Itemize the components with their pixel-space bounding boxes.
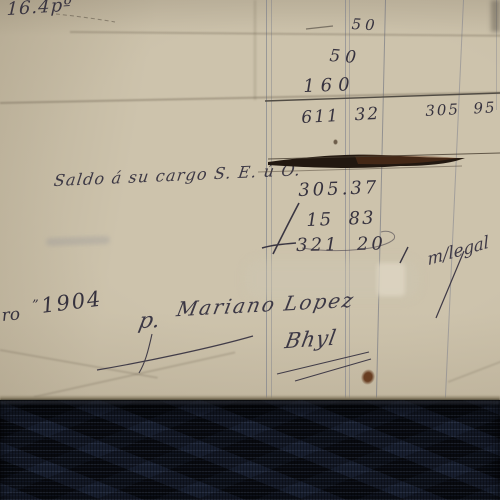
- partial-figure-left: 817: [231, 0, 272, 4]
- fabric-background: [0, 400, 500, 500]
- date-fragment: ro: [1, 306, 21, 325]
- ledger-paper: [0, 0, 500, 400]
- corner-shadow: [491, 0, 500, 32]
- amount-total: 611 32: [301, 106, 381, 127]
- amount-addition: 15 83: [306, 210, 376, 230]
- fabric-top-sheen: [0, 401, 500, 404]
- signature-rubric: Bhyl: [283, 327, 338, 352]
- amount-deduction: 305 95: [425, 100, 497, 119]
- column-rule-1b: [271, 0, 272, 401]
- quote-mark: ”: [32, 299, 39, 312]
- document-photograph: 16.4pº 817 270 50 50 160 611 32 305 95 3…: [0, 0, 500, 500]
- fold-crease-vertical: [254, 0, 256, 100]
- amount-fifty-1: 50: [351, 17, 379, 33]
- amount-final-total: 321 20: [296, 235, 386, 255]
- amount-fifty-2: 50: [329, 48, 362, 67]
- partial-figure-right: 270: [334, 0, 393, 3]
- glare-patch: [377, 263, 405, 296]
- column-rule-1: [266, 0, 267, 401]
- amount-saldo: 305.37: [298, 179, 380, 200]
- small-stain: [333, 139, 338, 145]
- amount-160: 160: [303, 76, 356, 96]
